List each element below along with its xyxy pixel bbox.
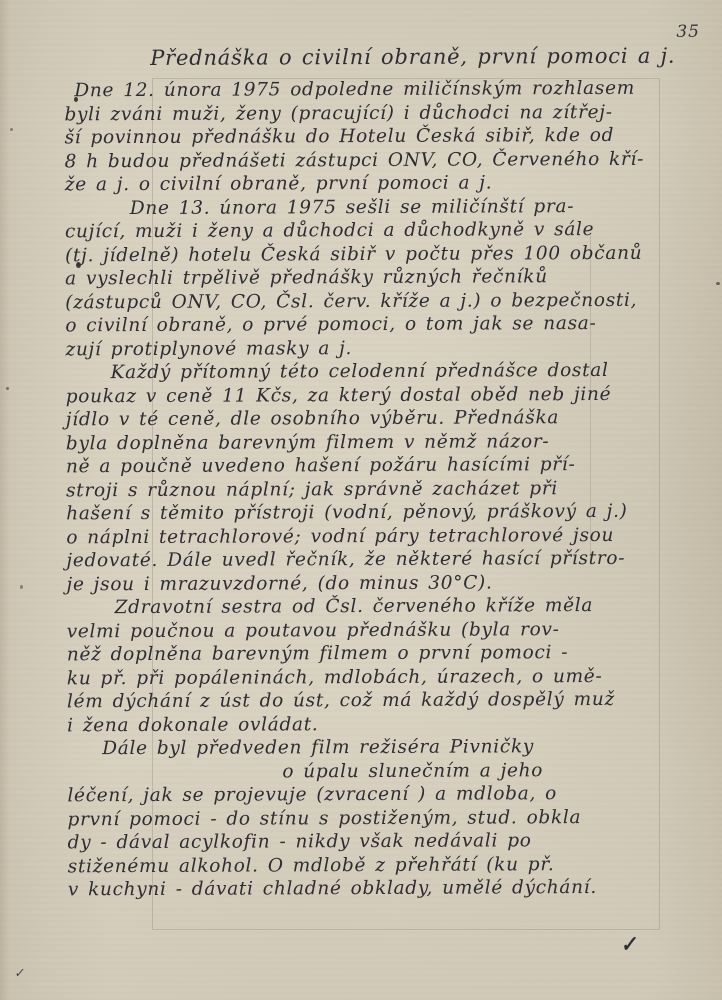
text-line: hašení s těmito přístroji (vodní, pěnový… xyxy=(66,500,672,526)
text-line: 8 h budou přednášeti zástupci ONV, CO, Č… xyxy=(65,147,671,173)
text-line: Dne 12. února 1975 odpoledne miličínským… xyxy=(64,77,670,103)
text-line: léčení, jak se projevuje (zvracení ) a m… xyxy=(67,782,673,808)
text-line: velmi poučnou a poutavou přednášku (byla… xyxy=(67,617,673,643)
text-line: ně a poučně uvedeno hašení požáru hasící… xyxy=(66,453,672,479)
text-line: Zdravotní sestra od Čsl. červeného kříže… xyxy=(67,594,673,620)
paper-speck xyxy=(716,282,720,285)
text-line: o civilní obraně, o prvé pomoci, o tom j… xyxy=(65,312,671,338)
text-line: i žena dokonale ovládat. xyxy=(67,711,673,737)
text-line: poukaz v ceně 11 Kčs, za který dostal ob… xyxy=(66,382,672,408)
text-line: jídlo v té ceně, dle osobního výběru. Př… xyxy=(66,406,672,432)
text-line: je jsou i mrazuvzdorné, (do minus 30°C). xyxy=(66,570,672,596)
handwritten-text-block: Přednáška o civilní obraně, první pomoci… xyxy=(64,39,674,902)
page-title: Přednáška o civilní obraně, první pomoci… xyxy=(64,39,670,76)
checkmark-small: ✓ xyxy=(13,966,24,981)
text-line: něž doplněna barevným filmem o první pom… xyxy=(67,641,673,667)
text-line: (zástupců ONV, CO, Čsl. červ. kříže a j.… xyxy=(65,288,671,314)
text-line: dy - dával acylkofin - nikdy však nedáva… xyxy=(68,829,674,855)
paragraph-4: Zdravotní sestra od Čsl. červeného kříže… xyxy=(67,594,674,738)
text-line: Dále byl předveden film režiséra Pivničk… xyxy=(67,735,673,761)
text-line: jedovaté. Dále uvedl řečník, že některé … xyxy=(66,547,672,573)
paragraph-5: Dále byl předveden film režiséra Pivničk… xyxy=(67,735,674,902)
paragraph-1: Dne 12. února 1975 odpoledne miličínským… xyxy=(64,77,671,197)
text-line: (tj. jídelně) hotelu Česká sibiř v počtu… xyxy=(65,241,671,267)
text-line: v kuchyni - dávati chladné obklady, uměl… xyxy=(68,876,674,902)
page-number: 35 xyxy=(676,22,700,42)
paper-speck xyxy=(6,387,9,390)
paragraph-2: Dne 13. února 1975 sešli se miličínští p… xyxy=(65,194,672,361)
text-line: ší povinnou přednášku do Hotelu Česká si… xyxy=(64,124,670,150)
text-line: o úpalu slunečním a jeho xyxy=(67,758,673,784)
paragraph-3: Každý přítomný této celodenní přednášce … xyxy=(66,359,673,597)
text-line: Dne 13. února 1975 sešli se miličínští p… xyxy=(65,194,671,220)
text-line: byli zváni muži, ženy (pracující) i důch… xyxy=(64,100,670,126)
paper-speck xyxy=(10,128,13,131)
text-line: a vyslechli trpělivě přednášky různých ř… xyxy=(65,265,671,291)
text-line: byla doplněna barevným filmem v němž náz… xyxy=(66,429,672,455)
text-line: ku př. při popáleninách, mdlobách, úraze… xyxy=(67,664,673,690)
text-line: lém dýchání z úst do úst, což má každý d… xyxy=(67,688,673,714)
text-line: Každý přítomný této celodenní přednášce … xyxy=(66,359,672,385)
text-line: stroji s různou náplní; jak správně zach… xyxy=(66,476,672,502)
paper-speck xyxy=(20,585,23,589)
text-line: cující, muži i ženy a důchodci a důchodk… xyxy=(65,218,671,244)
text-line: první pomoci - do stínu s postiženým, st… xyxy=(67,805,673,831)
text-line: že a j. o civilní obraně, první pomoci a… xyxy=(65,171,671,197)
checkmark: ✓ xyxy=(618,931,638,957)
text-line: zují protiplynové masky a j. xyxy=(65,335,671,361)
manuscript-page: 35 Přednáška o civilní obraně, první pom… xyxy=(0,0,722,1000)
text-line: o náplni tetrachlorové; vodní páry tetra… xyxy=(66,523,672,549)
text-line: stiženému alkohol. O mdlobě z přehřátí (… xyxy=(68,852,674,878)
